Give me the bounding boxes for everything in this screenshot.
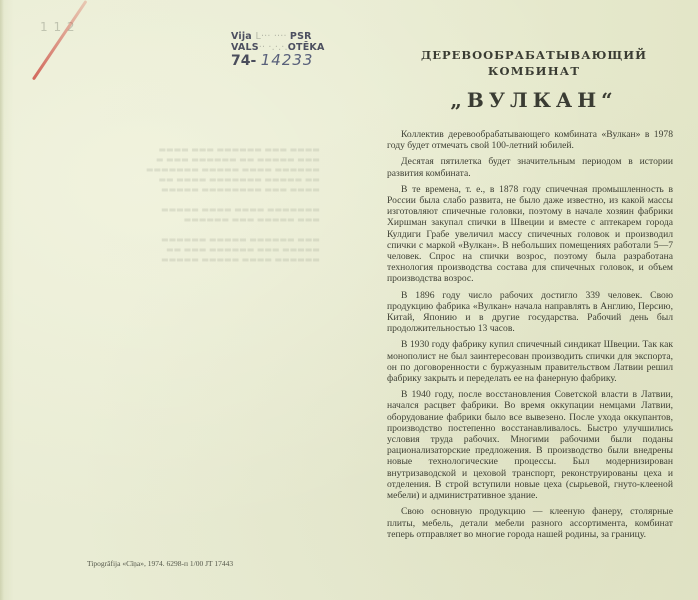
stamp-line-1: Vija L··· ···· PSR (231, 31, 351, 42)
red-pencil-stroke (32, 0, 88, 80)
paragraph: В 1930 году фабрику купил спичечный синд… (387, 339, 673, 384)
paragraph: Коллектив деревообрабатывающего комбинат… (387, 129, 673, 151)
stamp-handwritten-number: 14233 (261, 51, 314, 69)
stamp-text: Vija (231, 31, 252, 42)
header-line-2: КОМБИНАТ (370, 64, 698, 78)
stamp-text: VALS (231, 42, 259, 53)
header-line-1: ДЕРЕВООБРАБАТЫВАЮЩИЙ (370, 48, 698, 62)
stamp-text: PSR (290, 31, 312, 42)
document-header: ДЕРЕВООБРАБАТЫВАЮЩИЙ КОМБИНАТ „ВУЛКАН“ (370, 48, 698, 112)
article-body: Коллектив деревообрабатывающего комбинат… (387, 129, 673, 545)
library-stamp: Vija L··· ···· PSR VALS·· ·.·.·.OTĒKA 74… (231, 31, 351, 67)
bleed-through-text: ▬▬▬▬ ▬▬▬ ▬▬▬▬▬▬ ▬▬▬ ▬▬▬▬ ▬▬▬ ▬▬▬▬▬ ▬▬ ▬▬… (40, 145, 320, 265)
paragraph: В 1896 году число рабочих достигло 339 ч… (387, 290, 673, 335)
document-page: 1 1 2 ▬▬▬▬ ▬▬▬ ▬▬▬▬▬▬ ▬▬▬ ▬▬▬▬ ▬▬▬ ▬▬▬▬▬… (0, 0, 698, 600)
printer-imprint: Tipogrāfija «Cīņa», 1974. 6298-п 1/00 JT… (87, 559, 233, 568)
stamp-faded-text: ··· ···· (261, 31, 290, 42)
stamp-number-prefix: 74- (231, 53, 256, 69)
page-edge-shadow (0, 0, 4, 600)
paragraph: Десятая пятилетка будет значительным пер… (387, 156, 673, 178)
paragraph: В те времена, т. е., в 1878 году спичечн… (387, 184, 673, 285)
paragraph: Свою основную продукцию — клееную фанеру… (387, 506, 673, 540)
company-name: „ВУЛКАН“ (370, 88, 698, 112)
paragraph: В 1940 году, после восстановления Советс… (387, 389, 673, 501)
stamp-inventory-number: 74- 14233 (231, 55, 351, 67)
